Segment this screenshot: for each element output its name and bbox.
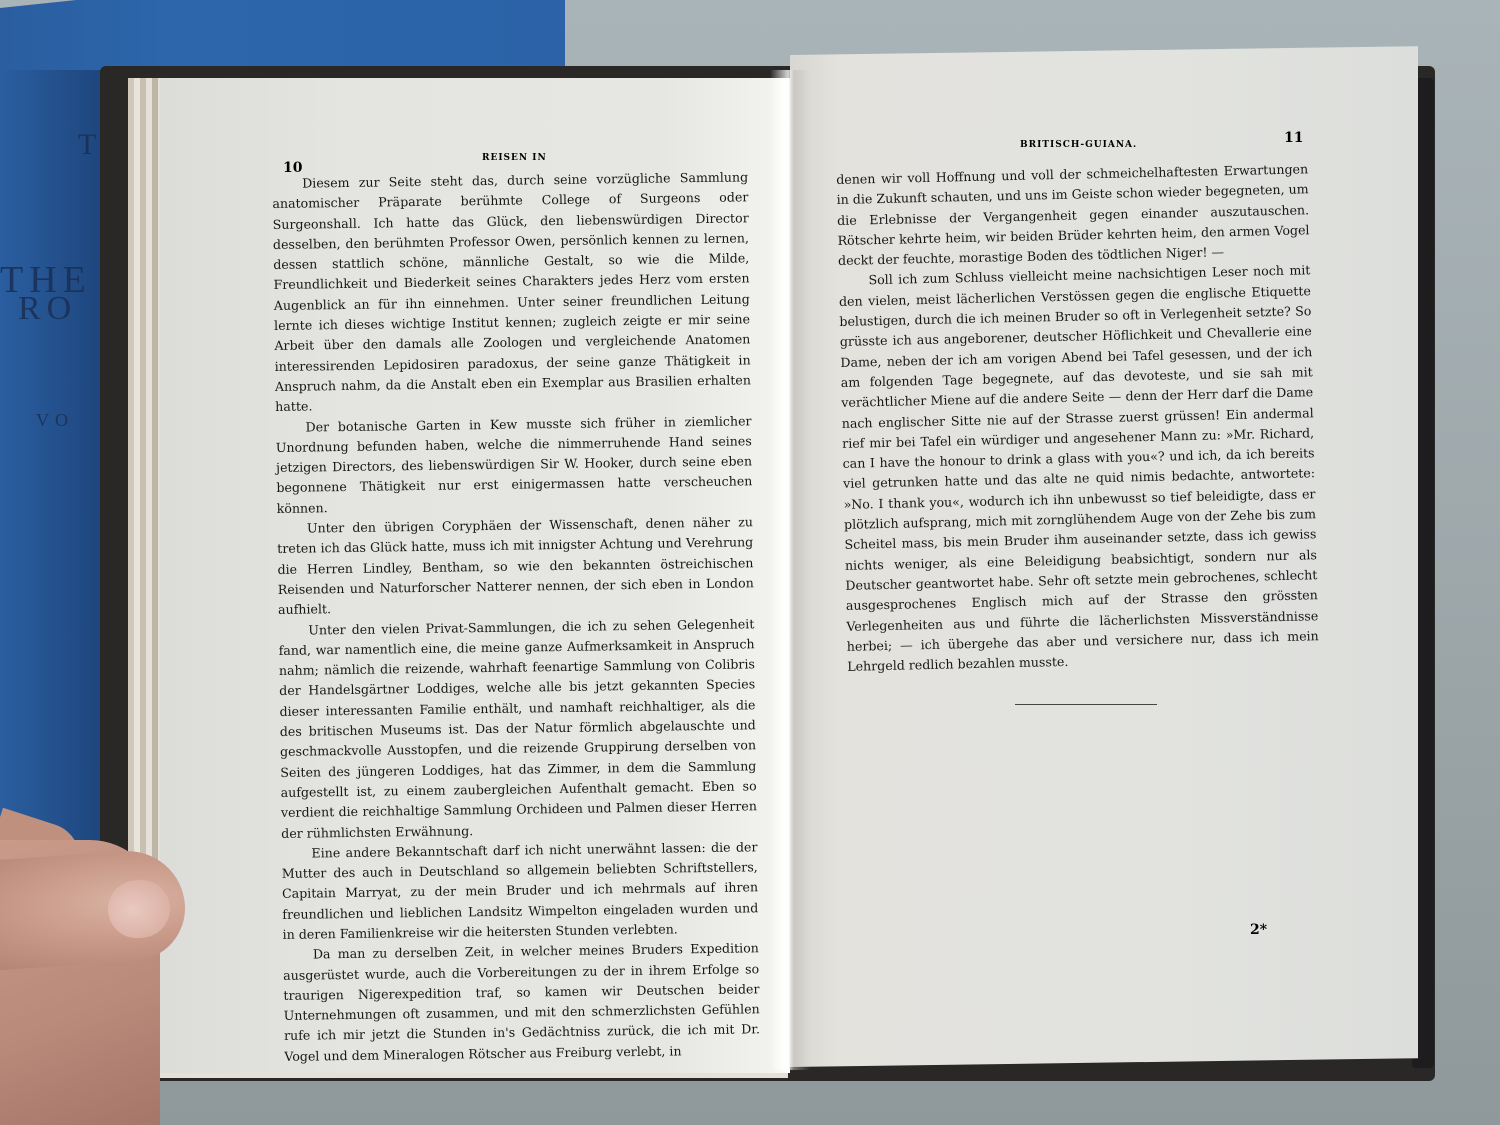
paragraph: Unter den vielen Privat-Sammlungen, die … <box>278 614 757 844</box>
blue-book-title-fragment-3: RO <box>18 290 77 328</box>
signature-mark: 2* <box>1250 922 1267 938</box>
book-gutter <box>770 70 810 1070</box>
paragraph: Da man zu derselben Zeit, in welcher mei… <box>283 939 761 1067</box>
section-end-rule <box>1015 704 1157 705</box>
paragraph: Soll ich zum Schluss vielleicht meine na… <box>838 261 1319 678</box>
right-page-text: denen wir voll Hoffnung und voll der sch… <box>836 159 1319 677</box>
left-page-text: Diesem zur Seite steht das, durch seine … <box>272 167 760 1067</box>
paragraph: Diesem zur Seite steht das, durch seine … <box>272 167 751 417</box>
paragraph: Der botanische Garten in Kew musste sich… <box>275 411 752 519</box>
paragraph: Eine andere Bekanntschaft darf ich nicht… <box>281 837 758 945</box>
right-running-head: BRITISCH-GUIANA. <box>1020 140 1137 150</box>
paragraph: denen wir voll Hoffnung und voll der sch… <box>836 159 1310 271</box>
blue-book-title-fragment-4: VO <box>36 410 74 431</box>
left-running-head: REISEN IN <box>482 153 547 163</box>
right-page-number: 11 <box>1284 130 1303 146</box>
paragraph: Unter den übrigen Coryphäen der Wissensc… <box>277 512 754 620</box>
